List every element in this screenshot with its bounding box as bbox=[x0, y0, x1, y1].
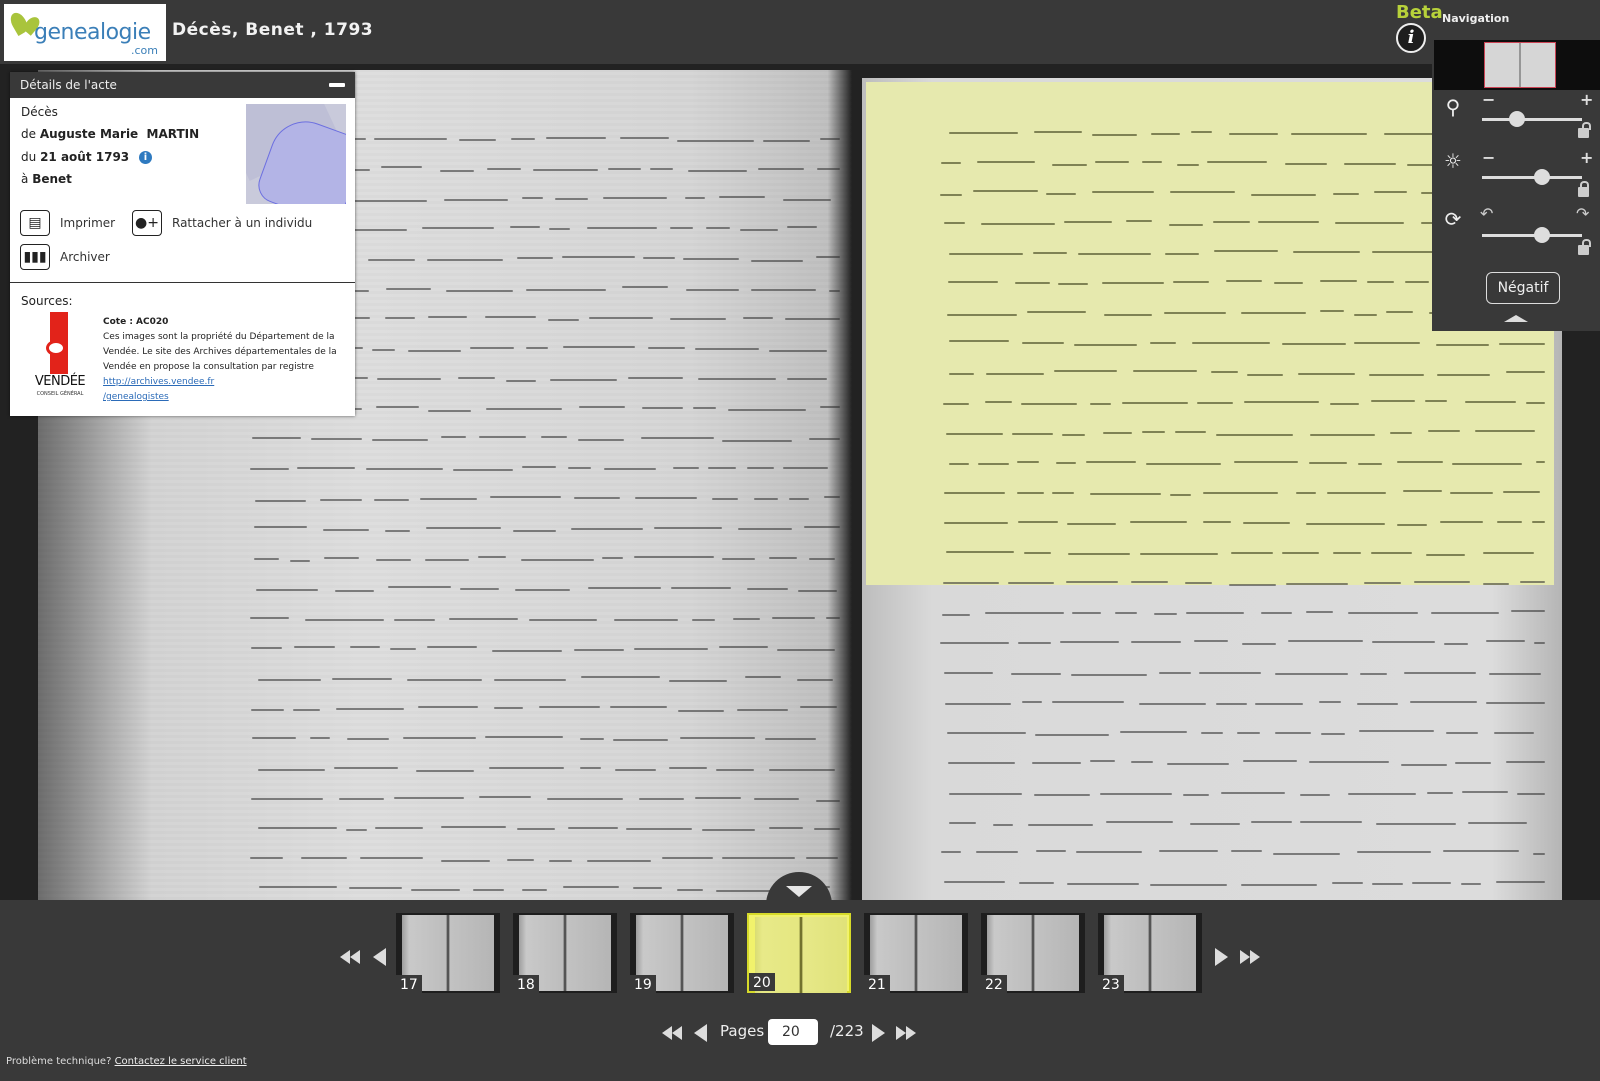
chevron-down-icon bbox=[786, 886, 812, 897]
zoom-slider-handle[interactable] bbox=[1509, 111, 1525, 127]
person-line: de Auguste Marie MARTIN bbox=[21, 127, 199, 141]
footer: Problème technique? Contactez le service… bbox=[6, 1056, 247, 1067]
brightness-slider-handle[interactable] bbox=[1534, 169, 1550, 185]
pages-label: Pages bbox=[720, 1022, 764, 1040]
beta-badge: Beta bbox=[1396, 2, 1443, 23]
sun-icon: ☼ bbox=[1440, 148, 1466, 174]
source-description: Cote : AC020 Ces images sont la propriét… bbox=[103, 315, 343, 405]
date-info-icon[interactable]: i bbox=[139, 151, 152, 164]
rotation-slider-handle[interactable] bbox=[1534, 227, 1550, 243]
sources-label: Sources: bbox=[21, 294, 73, 308]
archives-link[interactable]: http://archives.vendee.fr bbox=[103, 377, 214, 387]
location-map[interactable] bbox=[246, 104, 346, 204]
vendee-heart-icon bbox=[46, 340, 66, 356]
binders-icon: ▮▮▮ bbox=[20, 244, 50, 270]
details-panel-header: Détails de l'acte bbox=[10, 72, 355, 98]
negative-button[interactable]: Négatif bbox=[1486, 272, 1560, 304]
genealogie-logo[interactable]: genealogie .com bbox=[4, 4, 166, 61]
person-name: Auguste Marie MARTIN bbox=[40, 127, 199, 141]
navigation-title: Navigation bbox=[1442, 12, 1509, 25]
thumbnail-20-active[interactable]: 20 bbox=[747, 913, 851, 993]
thumbnail-22[interactable]: 22 bbox=[981, 913, 1085, 993]
collapse-arrow-icon[interactable] bbox=[1504, 315, 1528, 322]
details-panel-title: Détails de l'acte bbox=[20, 78, 117, 92]
thumbnail-21[interactable]: 21 bbox=[864, 913, 968, 993]
details-panel: Détails de l'acte Décès de Auguste Marie… bbox=[10, 72, 355, 416]
first-page-icon[interactable] bbox=[662, 1026, 684, 1040]
thumbnail-19[interactable]: 19 bbox=[630, 913, 734, 993]
header-bar: genealogie .com Décès, Benet , 1793 Beta… bbox=[0, 0, 1600, 64]
prev-page-icon[interactable] bbox=[694, 1024, 707, 1042]
thumbnail-18[interactable]: 18 bbox=[513, 913, 617, 993]
pages-total: /223 bbox=[830, 1022, 864, 1040]
navigation-panel: ⚲ − + ☼ − + ⟳ ↶ ↷ Négatif bbox=[1432, 38, 1600, 331]
logo-text: genealogie bbox=[34, 20, 151, 45]
cote: Cote : AC020 bbox=[103, 315, 343, 330]
event-type: Décès bbox=[21, 105, 58, 119]
place-line: à Benet bbox=[21, 172, 72, 186]
archives-link-path[interactable]: /genealogistes bbox=[103, 392, 169, 402]
zoom-slider[interactable] bbox=[1482, 118, 1582, 121]
brightness-up-button[interactable]: + bbox=[1580, 148, 1593, 167]
last-page-icon[interactable] bbox=[896, 1026, 918, 1040]
filmstrip-next-icon[interactable] bbox=[1215, 948, 1228, 966]
magnifier-icon: ⚲ bbox=[1440, 94, 1466, 120]
filmstrip: 17 18 19 20 21 22 23 bbox=[0, 900, 1600, 1081]
filmstrip-first-icon[interactable] bbox=[340, 950, 362, 964]
brightness-slider[interactable] bbox=[1482, 176, 1582, 179]
document-icon: ▤ bbox=[20, 210, 50, 236]
info-icon[interactable]: i bbox=[1396, 23, 1426, 53]
zoom-out-button[interactable]: − bbox=[1482, 90, 1495, 109]
thumbnail-17[interactable]: 17 bbox=[396, 913, 500, 993]
filmstrip-last-icon[interactable] bbox=[1240, 950, 1262, 964]
add-person-icon: ●+ bbox=[132, 210, 162, 236]
rotate-icon: ⟳ bbox=[1440, 206, 1466, 232]
navigation-overview[interactable] bbox=[1434, 40, 1600, 90]
page-title: Décès, Benet , 1793 bbox=[172, 20, 373, 40]
minimize-icon[interactable] bbox=[329, 83, 345, 87]
zoom-in-button[interactable]: + bbox=[1580, 90, 1593, 109]
logo-suffix: .com bbox=[131, 44, 158, 57]
divider bbox=[10, 282, 355, 283]
archive-button[interactable]: ▮▮▮ Archiver bbox=[20, 244, 110, 270]
page-number-input[interactable] bbox=[768, 1019, 818, 1045]
event-place: Benet bbox=[32, 172, 72, 186]
unlock-icon[interactable] bbox=[1578, 128, 1589, 138]
unlock-icon[interactable] bbox=[1578, 245, 1589, 255]
print-button[interactable]: ▤ Imprimer bbox=[20, 210, 115, 236]
vendee-logo: VENDÉE CONSEIL GÉNÉRAL bbox=[30, 312, 90, 402]
attach-individual-button[interactable]: ●+ Rattacher à un individu bbox=[132, 210, 312, 236]
rotate-left-button[interactable]: ↶ bbox=[1480, 204, 1493, 223]
lock-icon[interactable] bbox=[1578, 187, 1589, 197]
next-page-icon[interactable] bbox=[872, 1024, 885, 1042]
rotation-slider[interactable] bbox=[1482, 234, 1582, 237]
brightness-down-button[interactable]: − bbox=[1482, 148, 1495, 167]
rotate-right-button[interactable]: ↷ bbox=[1576, 204, 1589, 223]
thumbnail-23[interactable]: 23 bbox=[1098, 913, 1202, 993]
filmstrip-prev-icon[interactable] bbox=[373, 948, 386, 966]
contact-support-link[interactable]: Contactez le service client bbox=[115, 1056, 247, 1067]
event-date: 21 août 1793 bbox=[40, 150, 129, 164]
date-line: du 21 août 1793 i bbox=[21, 150, 152, 164]
